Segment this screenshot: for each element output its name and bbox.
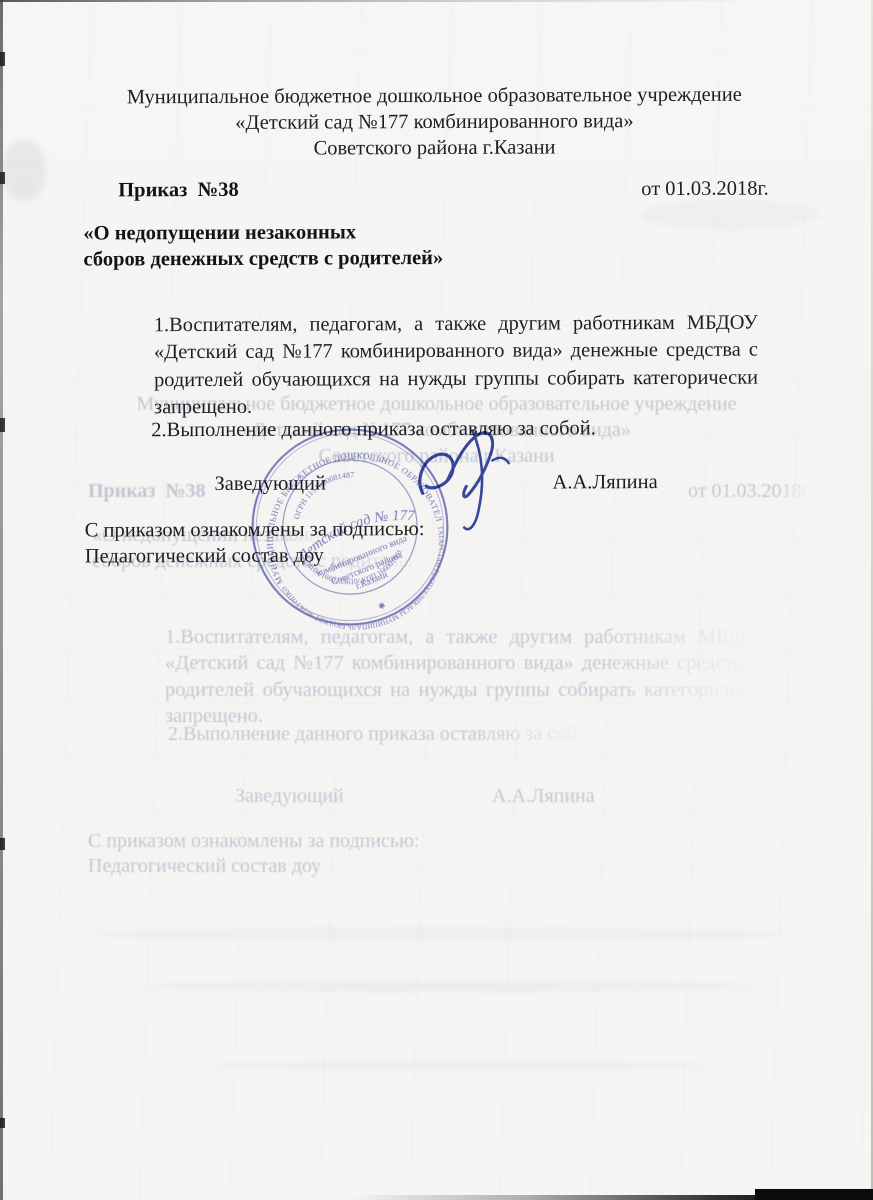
- header-line1: Муниципальное бюджетное дошкольное образ…: [0, 82, 871, 110]
- order-number: Приказ №38: [118, 178, 239, 203]
- scan-edge-mark: [0, 52, 5, 66]
- scanned-document-page: Муниципальное бюджетное дошкольное образ…: [0, 0, 873, 1200]
- scan-corner-artifact: [755, 1189, 873, 1200]
- scan-edge-mark: [0, 838, 5, 850]
- stamp-star-icon: ✱: [377, 600, 387, 612]
- scan-edge-mark: [0, 172, 5, 184]
- scan-edge-mark: [0, 418, 5, 432]
- signature-name: А.А.Ляпина: [552, 470, 657, 494]
- subject-line1: «О недопущении незаконных: [83, 220, 356, 245]
- scan-edge-mark: [0, 1118, 5, 1128]
- header-line3: Советского района г.Казани: [0, 134, 871, 162]
- signature-strokes: [406, 422, 534, 542]
- subject-line2: сборов денежных средств с родителей»: [83, 246, 443, 272]
- body-item1: 1.Воспитателям, педагогам, а также други…: [154, 310, 758, 422]
- scan-edge-bottom: [0, 1195, 873, 1200]
- header-line2: «Детский сад №177 комбинированного вида»: [0, 108, 871, 136]
- scan-edge-top: [0, 0, 873, 2]
- order-date: от 01.03.2018г.: [641, 177, 769, 202]
- handwritten-signature: [406, 422, 534, 542]
